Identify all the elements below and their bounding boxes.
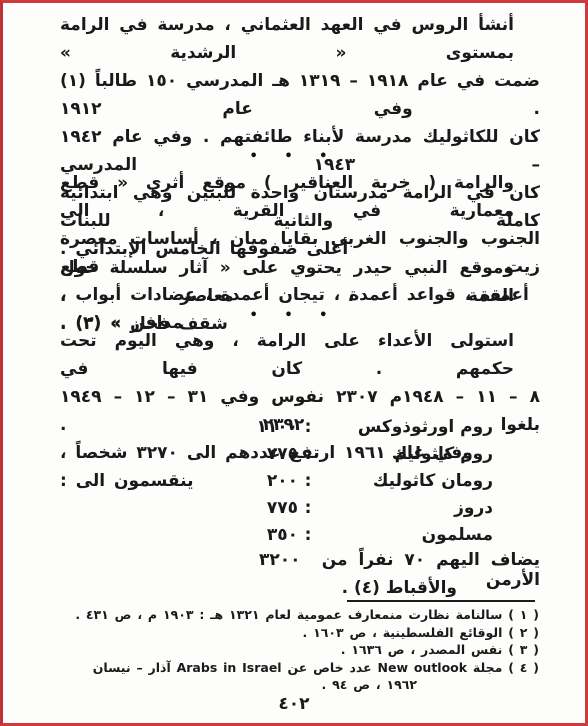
census-value: ٧٧٥: [223, 498, 298, 518]
text-line: وموقع النبي حيدر يحتوي على « آثار سلسلة …: [60, 254, 540, 310]
footnote-4-continued: ١٩٦٢ ، ص ٩٤ .: [321, 677, 417, 692]
page-number: ٤٠٢: [3, 694, 585, 714]
census-value: ٣٥٠: [223, 525, 298, 545]
census-total-note-continued: والأقباط (٤) .: [342, 578, 457, 598]
census-label: روم كاثوليك: [318, 444, 493, 464]
footnote-1: ( ١ ) سالنامة نظارت منمعارف عمومية لعام …: [58, 606, 539, 624]
census-row: دروز : ٧٧٥: [223, 494, 493, 521]
footnote-3: ( ٣ ) نفس المصدر ، ص ١٦٣٦ .: [58, 641, 539, 659]
paragraph-nabi-haidar: وموقع النبي حيدر يحتوي على « آثار سلسلة …: [60, 254, 540, 338]
census-value: ٧٧٥: [223, 444, 298, 464]
census-colon: :: [298, 525, 318, 545]
text-line: أنشأ الروس في العهد العثماني ، مدرسة في …: [60, 11, 540, 67]
census-label: مسلمون: [318, 525, 493, 545]
census-table: روم اورثوذوكس : ١١٠٠ روم كاثوليك : ٧٧٥ ر…: [223, 413, 493, 548]
text-line: والرامة ( خربة العناقير ) موقع أثري « قط…: [60, 169, 540, 225]
scanned-book-page: أنشأ الروس في العهد العثماني ، مدرسة في …: [0, 0, 588, 726]
footnote-divider: [347, 600, 535, 602]
census-row: مسلمون : ٣٥٠: [223, 521, 493, 548]
section-separator-dots: • • •: [3, 149, 585, 164]
census-label: دروز: [318, 498, 493, 518]
census-colon: :: [298, 417, 318, 437]
text-line: ضمت في عام ١٩١٨ – ١٣١٩ هـ المدرسي ١٥٠ طا…: [60, 67, 540, 123]
footnote-4: ( ٤ ) مجلة New outlook عدد خاص عن Arabs …: [58, 659, 539, 677]
census-label: رومان كاثوليك: [318, 471, 493, 491]
census-row: روم اورثوذوكس : ١١٠٠: [223, 413, 493, 440]
footnote-2: ( ٢ ) الوقائع الفلسطينية ، ص ١٦٠٣ .: [58, 624, 539, 642]
census-row: روم كاثوليك : ٧٧٥: [223, 440, 493, 467]
text-line: استولى الأعداء على الرامة ، وهي اليوم تح…: [60, 327, 540, 383]
census-total-value: ٣٢٠٠: [259, 550, 301, 590]
section-separator-dots: • • •: [3, 308, 585, 323]
census-value: ١١٠٠: [223, 417, 298, 437]
footnotes-block: ( ١ ) سالنامة نظارت منمعارف عمومية لعام …: [58, 606, 539, 694]
census-colon: :: [298, 471, 318, 491]
census-row: رومان كاثوليك : ٢٠٠: [223, 467, 493, 494]
census-colon: :: [298, 498, 318, 518]
census-label: روم اورثوذوكس: [318, 417, 493, 437]
census-colon: :: [298, 444, 318, 464]
census-value: ٢٠٠: [223, 471, 298, 491]
